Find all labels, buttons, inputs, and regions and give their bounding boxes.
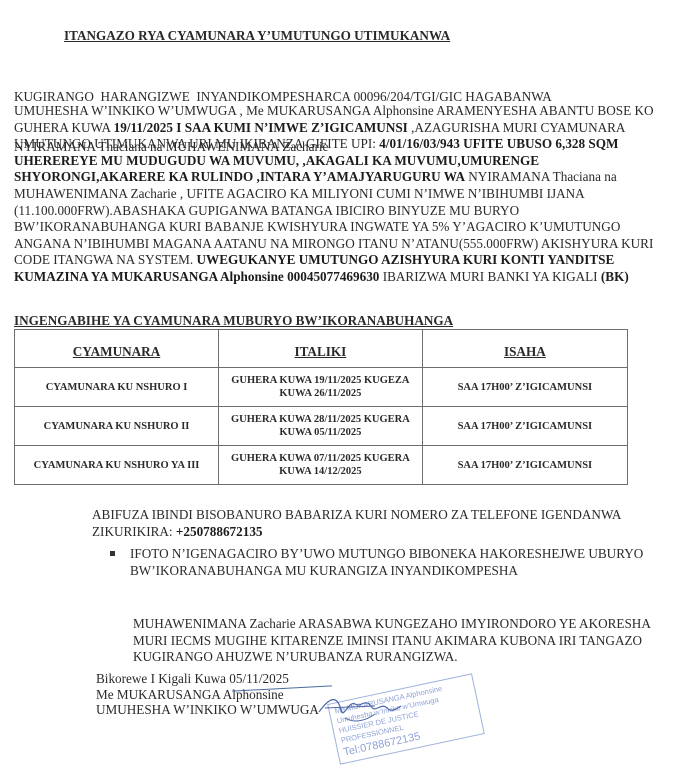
cell-time: SAA 17H00’ Z’IGICAMUNSI [422,368,627,407]
cell-time: SAA 17H00’ Z’IGICAMUNSI [422,446,627,485]
table-row: CYAMUNARA KU NSHURO I GUHERA KUWA 19/11/… [15,368,628,407]
announcement-paragraph: UMUHESHA W’INKIKO W’UMWUGA , Me MUKARUSA… [14,103,654,286]
debtor-notice: MUHAWENIMANA Zacharie ARASABWA KUNGEZAHO… [133,616,663,666]
cell-dates: GUHERA KUWA 19/11/2025 KUGEZA KUWA 26/11… [219,368,423,407]
contact-paragraph: ABIFUZA IBINDI BISOBANURO BABARIZA KURI … [92,507,662,540]
photo-valuation-note: IFOTO N’IGENAGACIRO BY’UWO MUTUNGO BIBON… [130,546,670,579]
contact-text: ABIFUZA IBINDI BISOBANURO BABARIZA KURI … [92,507,621,539]
bank-code: (BK) [601,269,629,284]
schedule-table: CYAMUNARA ITALIKI ISAHA CYAMUNARA KU NSH… [14,329,628,485]
cell-dates: GUHERA KUWA 28/11/2025 KUGERA KUWA 05/11… [219,407,423,446]
cell-round: CYAMUNARA KU NSHURO YA III [15,446,219,485]
header-cyamunara: CYAMUNARA [15,330,219,368]
schedule-header-row: CYAMUNARA ITALIKI ISAHA [15,330,628,368]
cell-round: CYAMUNARA KU NSHURO I [15,368,219,407]
table-row: CYAMUNARA KU NSHURO II GUHERA KUWA 28/11… [15,407,628,446]
bullet-icon [110,547,119,552]
announcement-text-4: IBARIZWA MURI BANKI YA KIGALI [379,269,601,284]
schedule-title: INGENGABIHE YA CYAMUNARA MUBURYO BW’IKOR… [14,313,453,330]
place-date: Bikorewe I Kigali Kuwa 05/11/2025 [96,671,319,687]
cell-round: CYAMUNARA KU NSHURO II [15,407,219,446]
cell-dates: GUHERA KUWA 07/11/2025 KUGERA KUWA 14/12… [219,446,423,485]
auction-start-date: 19/11/2025 I SAA KUMI N’IMWE Z’IGICAMUNS… [114,120,408,135]
header-isaha: ISAHA [422,330,627,368]
table-row: CYAMUNARA KU NSHURO YA III GUHERA KUWA 0… [15,446,628,485]
signature-block: Bikorewe I Kigali Kuwa 05/11/2025 Me MUK… [96,671,319,718]
handwritten-signature-icon [315,690,405,730]
cell-time: SAA 17H00’ Z’IGICAMUNSI [422,407,627,446]
signer-role: UMUHESHA W’INKIKO W’UMWUGA [96,702,319,718]
header-italiki: ITALIKI [219,330,423,368]
document-title: ITANGAZO RYA CYAMUNARA Y’UMUTUNGO UTIMUK… [64,28,450,45]
contact-phone: +250788672135 [176,524,263,539]
